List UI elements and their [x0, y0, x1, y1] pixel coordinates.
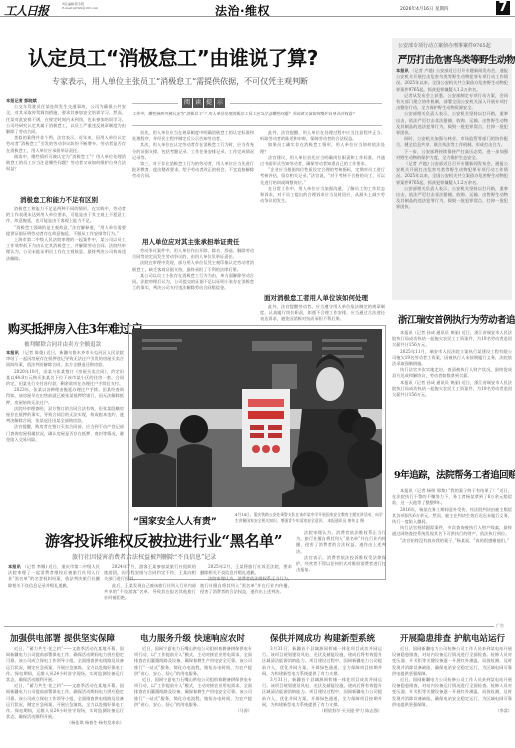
section-head-3: 用人单位应对其主张承担举证责任	[142, 237, 240, 246]
lead-subhead: 专家表示，用人单位主张员工“消极怠工”需提供依据，不可仅凭主观判断	[52, 76, 308, 87]
ad-item-body-4: 近日，国网新疆电力公司检修公司工作人员来到某电站开展设备隐患排查，对站内设备运行…	[392, 646, 512, 746]
lead-column-3b: 此外，法官提醒劳动者，应当遵守用人单位依法制定的规章制度，认真履行岗位职责，如遇…	[260, 304, 385, 322]
ad-item-title-1[interactable]: 加强供电部署 提供坚实保障	[10, 632, 115, 644]
ad-item-body-1: 近日，“蓄力共生·花之约”——文旅季活动在某地开幕，国网新疆电力公司提前部署保电…	[6, 646, 124, 746]
ad-divider	[4, 626, 494, 627]
ad-item-body-2: 近日，国网宁夏电力石嘴山供电公司组织春耕备耕保供电专项行动，以“工作提前介入”模…	[134, 646, 252, 746]
reading-tip-box: 阅 读 提 示 工作中，哪些情形可被认定为“消极怠工”？用人单位处理消极怠工员工…	[132, 98, 382, 126]
lead-column-3: 此外，法官提醒，用人单位在处理过程中应当注意程序正当，听取劳动者的陈述和申辩，保…	[260, 130, 385, 292]
tip-line-right	[230, 103, 382, 104]
right-kicker: 公安部专项行动立案侦办刑事案件9765起	[398, 42, 491, 49]
masthead: 工人日报 责任编辑:陈冬阳 E-mail:grrbfz@163.com 法治·维…	[0, 0, 515, 16]
story2-headline[interactable]: 浙江瑞安首例执行为劳动者追回欠薪	[398, 312, 515, 326]
top-divider	[0, 16, 515, 17]
left-story-headline[interactable]: 购买抵押房入住3年难过户	[8, 320, 142, 337]
ad-label: 广告	[496, 623, 504, 629]
story2-body: 本报讯（记者 孙成 通讯员 黄丽) 近日，浙江省瑞安市人民法院执行局成功执结一起…	[392, 330, 512, 450]
classroom-photo-illustration	[132, 329, 382, 507]
lead-column-1b: 消极怠工和能力不足是两种不同的情形，在实践中，劳动者的工作表现未达到用人单位要求…	[6, 206, 126, 306]
section-head-4: 面对消极怠工者用人单位该如何处理	[264, 293, 368, 302]
lead-column-2: 首先，用人单位应当在规章制度中明确消极怠工的认定标准和处理程序，并经民主程序制定…	[132, 130, 254, 230]
blacklist-col-2: 2024年7月，游客王某参加某旅行社组织的旅游团，因行程安排与合同约定不符，王某…	[104, 564, 196, 620]
lead-column-2b: 劳动争议案件中，用人单位作出开除、除名、辞退、解除劳动合同等决定而发生劳动争议的…	[132, 248, 254, 320]
blacklist-story-headline[interactable]: 游客投诉维权反被拉进行业“黑名单”	[45, 530, 282, 551]
story3-body: 本报讯（记者 杨明 邢黎) “我的案子终于有结果了！”近日，在法院执行干警的不懈…	[392, 488, 512, 618]
issue-date: 2026年4月16日 星期四	[400, 6, 448, 12]
ad-item-title-2[interactable]: 电力服务升级 快速响应农时	[140, 632, 245, 644]
right-headline[interactable]: 严厉打击危害鸟类等野生动物犯罪	[398, 52, 515, 66]
blacklist-col-4: 法院审理认为，消费者依法维权系正当行为，旅行社擅自将其列入“黑名单”并在行业内传…	[296, 530, 386, 620]
ad-item-title-4[interactable]: 开展隐患排查 护航电站运行	[400, 632, 505, 644]
left-story-subhead: 被判解除合同并由卖方全额退款	[24, 340, 101, 348]
reading-tip-label: 阅 读 提 示	[182, 98, 225, 108]
section-head-1: 消极怠工和能力不足有区别	[20, 195, 98, 204]
lead-headline[interactable]: 认定员工“消极怠工”由谁说了算?	[28, 42, 318, 71]
news-photo[interactable]	[132, 329, 382, 507]
story3-headline[interactable]: 9年追踪，法院帮务工者追回赔偿6万余元	[394, 467, 515, 481]
right-body: 本报讯 （记者 卢越) 公安部近日召开专题新闻发布会，通报公安机关开展打击危害鸟…	[396, 68, 508, 296]
right-feature-box: 公安部专项行动立案侦办刑事案件9765起 严厉打击危害鸟类等野生动物犯罪 本报讯…	[392, 38, 512, 300]
ad-item-title-3[interactable]: 保供并网成功 构建新型系统	[270, 632, 375, 644]
photo-caption-text: 4月14日，重庆铁路公安处乘警支队在该市某中学开展国家安全教育主题宣讲活动，向学…	[235, 512, 383, 523]
reading-tip-text: 工作中，哪些情形可被认定为“消极怠工”？用人单位处理消极怠工员工应当注意哪些问题…	[132, 111, 382, 117]
photo-caption-title: “国家安全人人有责”	[133, 514, 217, 527]
ad-item-body-3: 3月31日，新疆首个县域源网荷储一体化项目成功并网运行。该项目规划建设风电、光伏…	[262, 646, 382, 746]
tip-line-left	[132, 103, 178, 104]
page-number: 7	[496, 1, 510, 15]
editor-info: 责任编辑:陈冬阳 E-mail:grrbfz@163.com	[62, 2, 107, 10]
blacklist-col-1: 本报讯 （记者 李娜) 近日，重庆市第二中级人民法院审理了一起消费者维权后被旅行…	[8, 564, 100, 620]
blacklist-story-subhead: 旅行社因侵害消费者合法权益被判删除“不良信息”记录	[72, 552, 216, 561]
left-story-body: 本报讯 （记者 陈俊) 近日，新疆乌鲁木齐市头屯河区人民法院审结了一起因房屋存在…	[6, 350, 124, 525]
blacklist-col-3: 2025年2月，王某将旅行社诉至法院，要求删除相关不良信息并赔礼道歉。 法院审理…	[200, 564, 292, 620]
